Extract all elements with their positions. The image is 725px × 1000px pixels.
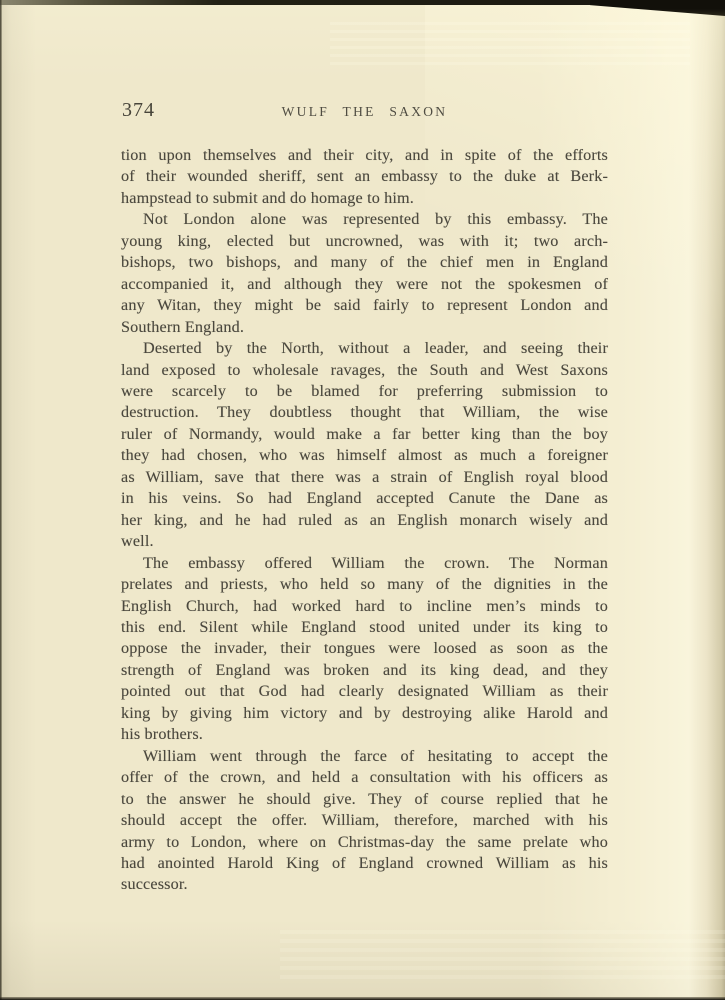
text-line: young king, elected but uncrowned, was w… (121, 231, 608, 252)
text-block: tion upon themselves and their city, and… (121, 145, 608, 896)
paragraph: Deserted by the North, without a leader,… (121, 338, 608, 553)
book-page-scan: 374 WULF THE SAXON tion upon themselves … (0, 0, 725, 1000)
paragraph: The embassy offered William the crown. T… (121, 553, 608, 746)
text-line: well. (121, 531, 608, 552)
text-line: successor. (121, 874, 608, 895)
text-line: offer of the crown, and held a consultat… (121, 767, 608, 788)
text-line: The embassy offered William the crown. T… (121, 553, 608, 574)
text-line: ruler of Normandy, would make a far bett… (121, 424, 608, 445)
text-line: Southern England. (121, 317, 608, 338)
text-line: his brothers. (121, 724, 608, 745)
book-page: 374 WULF THE SAXON tion upon themselves … (0, 0, 725, 1000)
page-header: 374 WULF THE SAXON (121, 99, 608, 123)
paragraph: tion upon themselves and their city, and… (121, 145, 608, 209)
text-line: accompanied it, and although they were n… (121, 274, 608, 295)
running-title: WULF THE SAXON (121, 104, 608, 120)
text-line: tion upon themselves and their city, and… (121, 145, 608, 166)
scan-artifact (330, 22, 690, 68)
text-line: prelates and priests, who held so many o… (121, 574, 608, 595)
paragraph: Not London alone was represented by this… (121, 209, 608, 338)
text-line: her king, and he had ruled as an English… (121, 510, 608, 531)
scan-artifact (280, 930, 725, 982)
text-line: as William, save that there was a strain… (121, 467, 608, 488)
text-line: bishops, two bishops, and many of the ch… (121, 252, 608, 273)
text-line: any Witan, they might be said fairly to … (121, 295, 608, 316)
scan-edge-left (0, 0, 2, 1000)
text-line: army to London, where on Christmas-day t… (121, 832, 608, 853)
text-line: William went through the farce of hesita… (121, 746, 608, 767)
text-line: had anointed Harold King of England crow… (121, 853, 608, 874)
text-line: Deserted by the North, without a leader,… (121, 338, 608, 359)
text-line: to the answer he should give. They of co… (121, 789, 608, 810)
text-line: destruction. They doubtless thought that… (121, 402, 608, 423)
text-line: they had chosen, who was himself almost … (121, 445, 608, 466)
text-line: pointed out that God had clearly designa… (121, 681, 608, 702)
text-line: of their wounded sheriff, sent an embass… (121, 166, 608, 187)
text-line: should accept the offer. William, theref… (121, 810, 608, 831)
text-line: in his veins. So had England accepted Ca… (121, 488, 608, 509)
text-line: oppose the invader, their tongues were l… (121, 638, 608, 659)
text-line: English Church, had worked hard to incli… (121, 596, 608, 617)
text-line: Not London alone was represented by this… (121, 209, 608, 230)
text-line: were scarcely to be blamed for preferrin… (121, 381, 608, 402)
text-line: king by giving him victory and by destro… (121, 703, 608, 724)
paragraph: William went through the farce of hesita… (121, 746, 608, 896)
text-line: land exposed to wholesale ravages, the S… (121, 360, 608, 381)
text-line: this end. Silent while England stood uni… (121, 617, 608, 638)
text-line: strength of England was broken and its k… (121, 660, 608, 681)
text-line: hampstead to submit and do homage to him… (121, 188, 608, 209)
